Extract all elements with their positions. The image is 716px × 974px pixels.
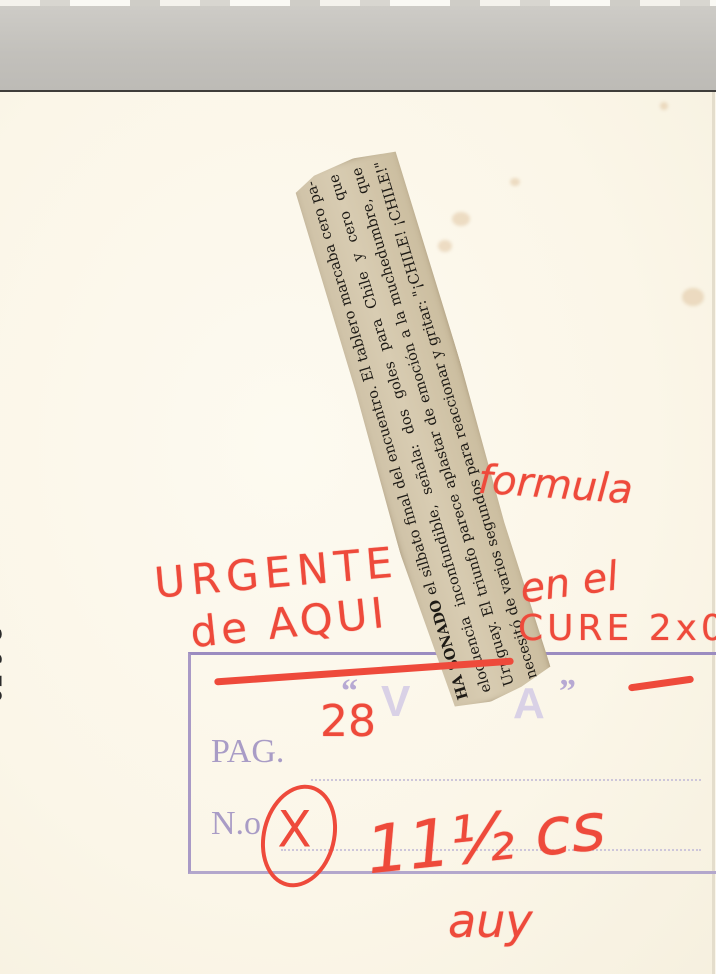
stain bbox=[452, 212, 470, 226]
stamp-number-label: N.o bbox=[211, 805, 261, 843]
stain bbox=[510, 178, 520, 186]
stamp-quote-close: ” bbox=[559, 673, 576, 711]
circled-x-mark: X bbox=[277, 801, 311, 859]
annotation-page-number: 28 bbox=[320, 696, 376, 747]
stamp-page-line bbox=[311, 779, 701, 781]
stain bbox=[660, 102, 668, 110]
photo-top-edge bbox=[0, 0, 716, 92]
annotation-score: CURE 2x0 bbox=[518, 608, 716, 649]
stain bbox=[682, 288, 704, 306]
stamp-page-label: PAG. bbox=[211, 733, 284, 771]
handwritten-catalog-id: 2.6.79 bbox=[0, 628, 4, 704]
annotation-initials: auy bbox=[448, 894, 533, 948]
stamp-letter-v: V bbox=[381, 677, 410, 727]
stain bbox=[438, 240, 452, 252]
